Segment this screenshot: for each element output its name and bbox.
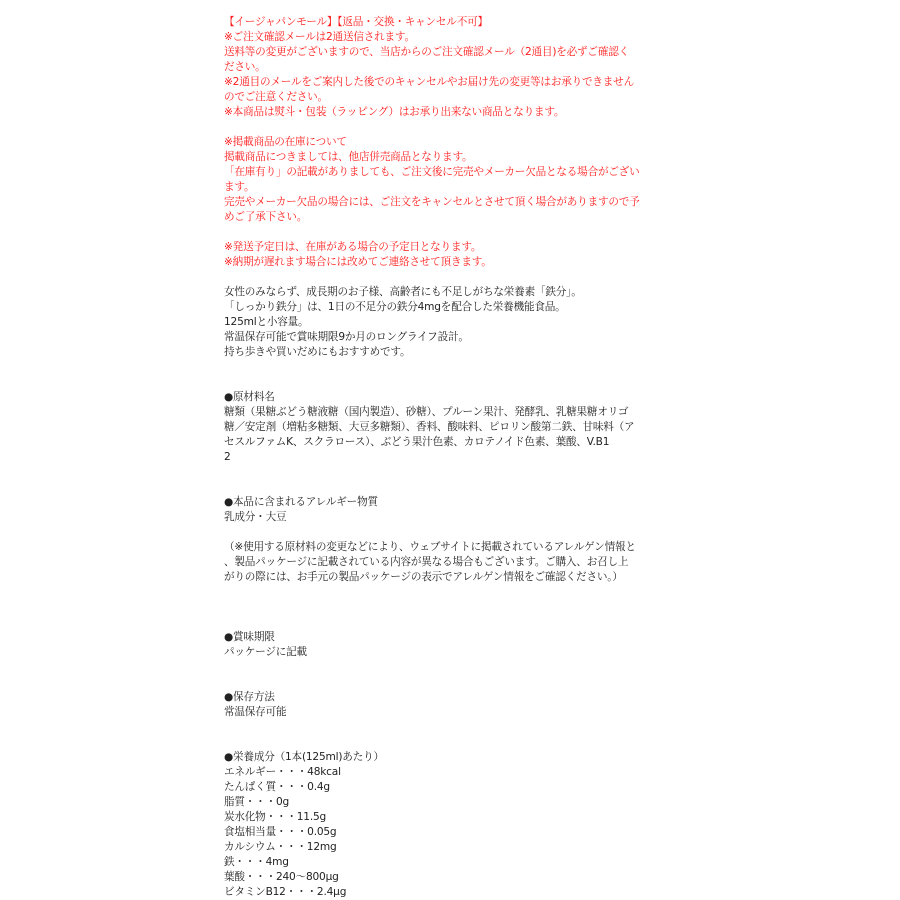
best-before-value: パッケージに記載	[224, 645, 664, 660]
best-before-section: ●賞味期限 パッケージに記載	[224, 630, 664, 660]
nutrition-item: 食塩相当量・・・0.05g	[224, 825, 664, 840]
description-section: 女性のみならず、成長期のお子様、高齢者にも不足しがちな栄養素「鉄分」。 「しっか…	[224, 285, 664, 360]
notice-line: ださい。	[224, 60, 664, 75]
notice-line: ※ご注文確認メールは2通送信されます。	[224, 30, 664, 45]
ingredients-line: 糖／安定剤（増粘多糖類、大豆多糖類）、香料、酸味料、ピロリン酸第二鉄、甘味料（ア	[224, 420, 664, 435]
storage-heading: ●保存方法	[224, 690, 664, 705]
stock-line: ※掲載商品の在庫について	[224, 135, 664, 150]
description-line: 常温保存可能で賞味期限9か月のロングライフ設計。	[224, 330, 664, 345]
notice-line: のでご注意ください。	[224, 90, 664, 105]
shipping-section: ※発送予定日は、在庫がある場合の予定日となります。 ※納期が遅れます場合には改め…	[224, 240, 664, 270]
shipping-line: ※納期が遅れます場合には改めてご連絡させて頂きます。	[224, 255, 664, 270]
spacer	[224, 675, 664, 690]
spacer	[224, 735, 664, 750]
spacer	[224, 120, 664, 135]
spacer	[224, 480, 664, 495]
stock-line: めご了承下さい。	[224, 210, 664, 225]
spacer	[224, 585, 664, 600]
spacer	[224, 600, 664, 615]
spacer	[224, 660, 664, 675]
description-line: 持ち歩きや買いだめにもおすすめです。	[224, 345, 664, 360]
product-description: 【イージャパンモール】【返品・交換・キャンセル不可】 ※ご注文確認メールは2通送…	[224, 15, 664, 900]
stock-line: 「在庫有り」の記載がありましても、ご注文後に完売やメーカー欠品となる場合がござい	[224, 165, 664, 180]
allergens-note-line: （※使用する原材料の変更などにより、ウェブサイトに掲載されているアレルゲン情報と	[224, 540, 664, 555]
spacer	[224, 525, 664, 540]
nutrition-section: ●栄養成分（1本(125ml)あたり） エネルギー・・・48kcal たんぱく質…	[224, 750, 664, 900]
nutrition-item: カルシウム・・・12mg	[224, 840, 664, 855]
nutrition-heading: ●栄養成分（1本(125ml)あたり）	[224, 750, 664, 765]
ingredients-section: ●原材料名 糖類（果糖ぶどう糖液糖（国内製造）、砂糖）、プルーン果汁、発酵乳、乳…	[224, 390, 664, 465]
description-line: 125mlと小容量。	[224, 315, 664, 330]
spacer	[224, 465, 664, 480]
nutrition-item: 脂質・・・0g	[224, 795, 664, 810]
storage-value: 常温保存可能	[224, 705, 664, 720]
stock-line: 掲載商品につきましては、他店併売商品となります。	[224, 150, 664, 165]
notice-line: 送料等の変更がございますので、当店からのご注文確認メール（2通目)を必ずご確認く	[224, 45, 664, 60]
nutrition-item: たんぱく質・・・0.4g	[224, 780, 664, 795]
spacer	[224, 225, 664, 240]
spacer	[224, 270, 664, 285]
allergens-heading: ●本品に含まれるアレルギー物質	[224, 495, 664, 510]
best-before-heading: ●賞味期限	[224, 630, 664, 645]
stock-line: 完売やメーカー欠品の場合には、ご注文をキャンセルとさせて頂く場合がありますので予	[224, 195, 664, 210]
description-line: 女性のみならず、成長期のお子様、高齢者にも不足しがちな栄養素「鉄分」。	[224, 285, 664, 300]
description-line: 「しっかり鉄分」は、1日の不足分の鉄分4mgを配合した栄養機能食品。	[224, 300, 664, 315]
allergens-note-line: 、製品パッケージに記載されている内容が異なる場合もございます。ご購入、お召し上	[224, 555, 664, 570]
allergens-note-line: がりの際には、お手元の製品パッケージの表示でアレルゲン情報をご確認ください。）	[224, 570, 664, 585]
nutrition-item: 葉酸・・・240〜800μg	[224, 870, 664, 885]
ingredients-heading: ●原材料名	[224, 390, 664, 405]
spacer	[224, 375, 664, 390]
nutrition-item: 炭水化物・・・11.5g	[224, 810, 664, 825]
spacer	[224, 615, 664, 630]
allergens-value: 乳成分・大豆	[224, 510, 664, 525]
notice-line: ※2通目のメールをご案内した後でのキャンセルやお届け先の変更等はお承りできません	[224, 75, 664, 90]
ingredients-line: 糖類（果糖ぶどう糖液糖（国内製造）、砂糖）、プルーン果汁、発酵乳、乳糖果糖オリゴ	[224, 405, 664, 420]
allergens-section: ●本品に含まれるアレルギー物質 乳成分・大豆 （※使用する原材料の変更などにより…	[224, 495, 664, 585]
ingredients-line: 2	[224, 450, 664, 465]
stock-line: ます。	[224, 180, 664, 195]
notice-line: 【イージャパンモール】【返品・交換・キャンセル不可】	[224, 15, 664, 30]
storage-section: ●保存方法 常温保存可能	[224, 690, 664, 720]
ingredients-line: セスルファムK、スクラロース）、ぶどう果汁色素、カロテノイド色素、葉酸、V.B1	[224, 435, 664, 450]
nutrition-item: ビタミンB12・・・2.4μg	[224, 885, 664, 900]
notice-line: ※本商品は熨斗・包装（ラッピング）はお承り出来ない商品となります。	[224, 105, 664, 120]
nutrition-item: エネルギー・・・48kcal	[224, 765, 664, 780]
spacer	[224, 720, 664, 735]
shipping-line: ※発送予定日は、在庫がある場合の予定日となります。	[224, 240, 664, 255]
spacer	[224, 360, 664, 375]
notice-section: 【イージャパンモール】【返品・交換・キャンセル不可】 ※ご注文確認メールは2通送…	[224, 15, 664, 120]
stock-section: ※掲載商品の在庫について 掲載商品につきましては、他店併売商品となります。 「在…	[224, 135, 664, 225]
nutrition-item: 鉄・・・4mg	[224, 855, 664, 870]
